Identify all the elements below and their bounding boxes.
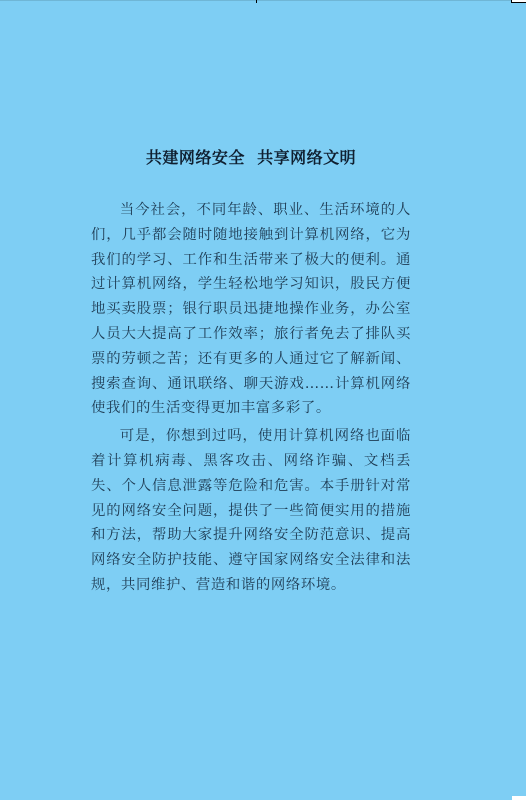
crop-mark-top-right xyxy=(511,0,526,3)
document-title: 共建网络安全 共享网络文明 xyxy=(91,146,411,170)
crop-mark-bottom-right xyxy=(512,796,526,800)
paragraph-purpose: 可是，你想到过吗，使用计算机网络也面临着计算机病毒、黑客攻击、网络诈骗、文档丢失… xyxy=(91,424,411,598)
paragraph-intro: 当今社会，不同年龄、职业、生活环境的人们，几乎都会随时随地接触到计算机网络，它为… xyxy=(91,198,411,421)
document-page: 共建网络安全 共享网络文明 当今社会，不同年龄、职业、生活环境的人们，几乎都会随… xyxy=(91,146,411,598)
crop-mark-top xyxy=(256,0,257,3)
page-top-edge xyxy=(0,0,526,1)
